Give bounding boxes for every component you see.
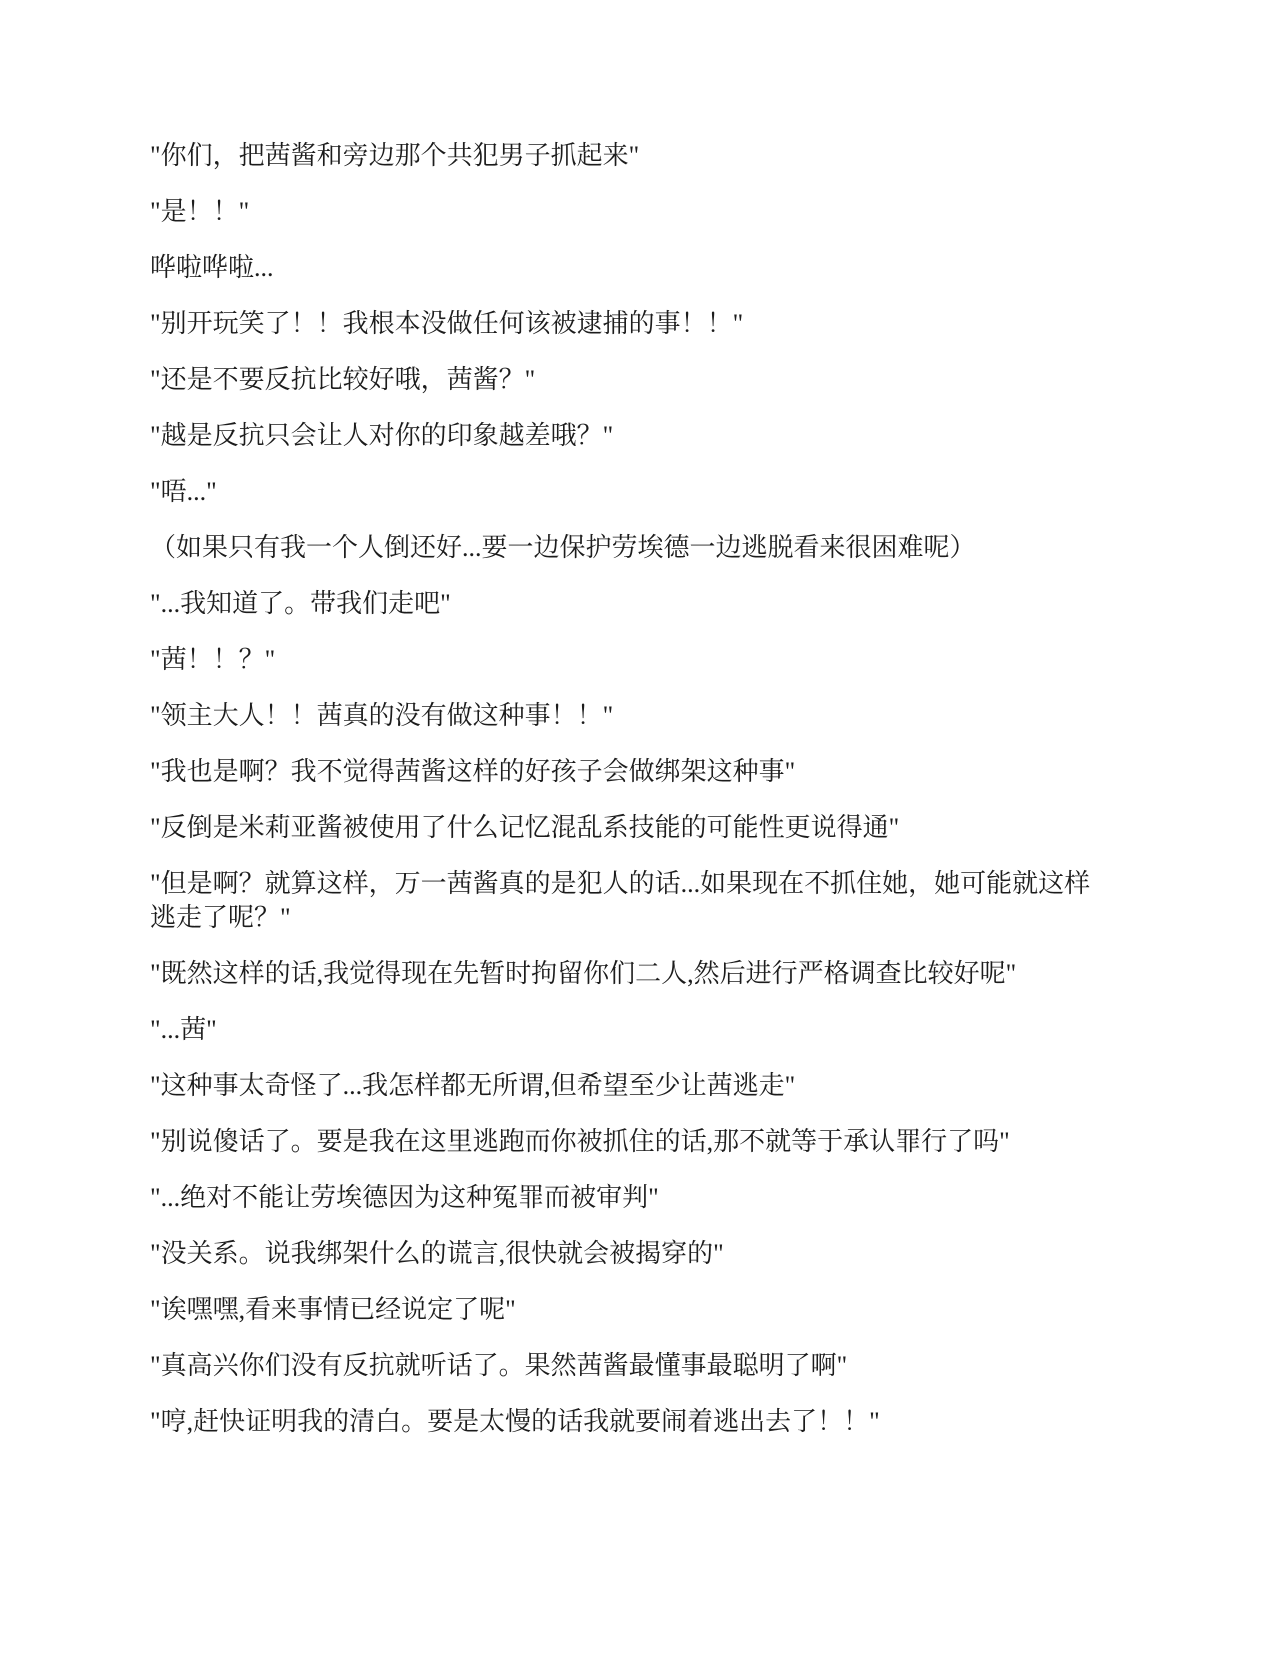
paragraph: "越是反抗只会让人对你的印象越差哦？"	[150, 419, 1112, 453]
paragraph: "这种事太奇怪了...我怎样都无所谓,但希望至少让茜逃走"	[150, 1069, 1112, 1103]
paragraph: "...茜"	[150, 1013, 1112, 1047]
paragraph: "真高兴你们没有反抗就听话了。果然茜酱最懂事最聪明了啊"	[150, 1349, 1112, 1383]
dialogue-text-block: "你们，把茜酱和旁边那个共犯男子抓起来" "是！！" 哗啦哗啦... "别开玩笑…	[150, 139, 1112, 1439]
paragraph: "...绝对不能让劳埃德因为这种冤罪而被审判"	[150, 1181, 1112, 1215]
paragraph: "但是啊？就算这样，万一茜酱真的是犯人的话...如果现在不抓住她，她可能就这样逃…	[150, 867, 1112, 935]
paragraph: "是！！"	[150, 195, 1112, 229]
paragraph: "没关系。说我绑架什么的谎言,很快就会被揭穿的"	[150, 1237, 1112, 1271]
paragraph: "别开玩笑了！！我根本没做任何该被逮捕的事！！"	[150, 307, 1112, 341]
paragraph: （如果只有我一个人倒还好...要一边保护劳埃德一边逃脱看来很困难呢）	[150, 531, 1112, 565]
novel-page: "你们，把茜酱和旁边那个共犯男子抓起来" "是！！" 哗啦哗啦... "别开玩笑…	[0, 0, 1280, 1656]
paragraph: "我也是啊？我不觉得茜酱这样的好孩子会做绑架这种事"	[150, 755, 1112, 789]
paragraph: "既然这样的话,我觉得现在先暂时拘留你们二人,然后进行严格调查比较好呢"	[150, 957, 1112, 991]
paragraph: "哼,赶快证明我的清白。要是太慢的话我就要闹着逃出去了！！"	[150, 1405, 1112, 1439]
paragraph: "唔..."	[150, 475, 1112, 509]
paragraph: "别说傻话了。要是我在这里逃跑而你被抓住的话,那不就等于承认罪行了吗"	[150, 1125, 1112, 1159]
paragraph: "茜！！？"	[150, 643, 1112, 677]
paragraph: "反倒是米莉亚酱被使用了什么记忆混乱系技能的可能性更说得通"	[150, 811, 1112, 845]
paragraph: 哗啦哗啦...	[150, 251, 1112, 285]
paragraph: "还是不要反抗比较好哦，茜酱？"	[150, 363, 1112, 397]
paragraph: "领主大人！！茜真的没有做这种事！！"	[150, 699, 1112, 733]
paragraph: "你们，把茜酱和旁边那个共犯男子抓起来"	[150, 139, 1112, 173]
paragraph: "诶嘿嘿,看来事情已经说定了呢"	[150, 1293, 1112, 1327]
paragraph: "...我知道了。带我们走吧"	[150, 587, 1112, 621]
